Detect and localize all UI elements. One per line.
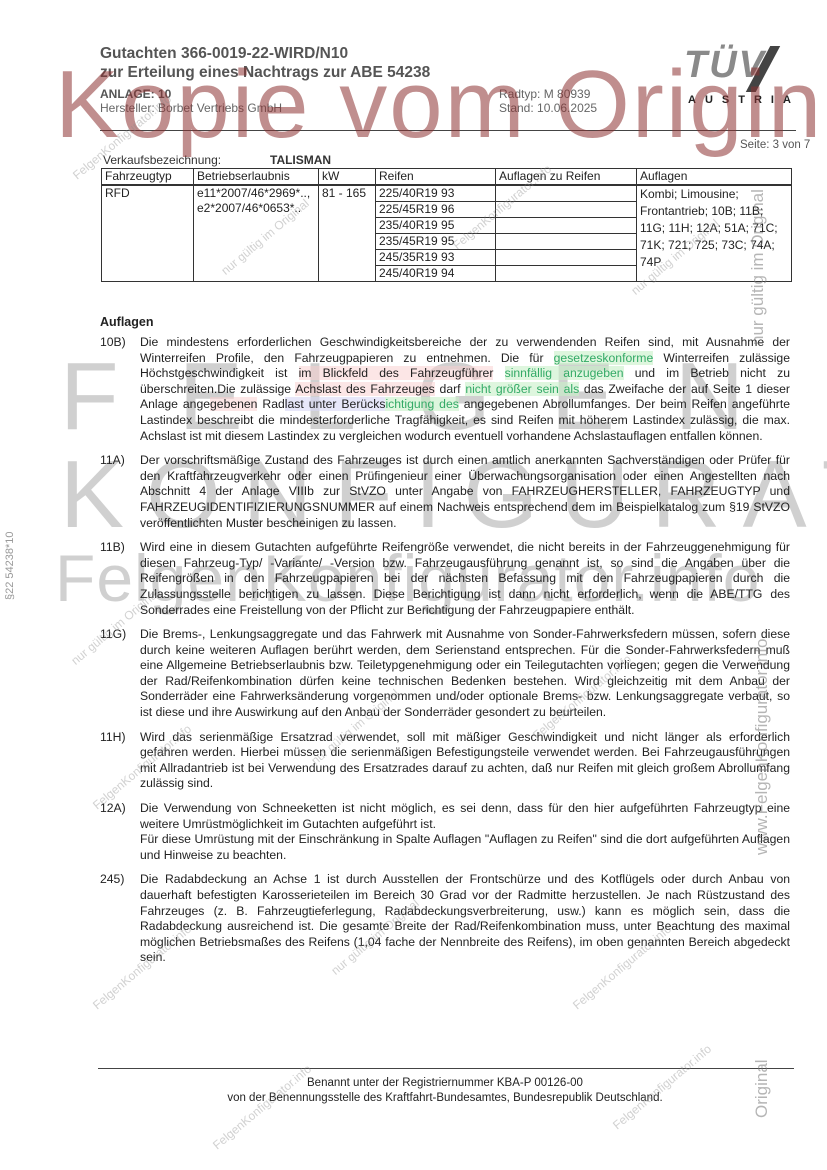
- document-title: Gutachten 366-0019-22-WIRD/N10 zur Ertei…: [100, 44, 430, 82]
- title-line-1: Gutachten 366-0019-22-WIRD/N10: [100, 44, 430, 63]
- note-code: 11A): [100, 453, 140, 531]
- note-code: 12A): [100, 801, 140, 863]
- note-code: 245): [100, 872, 140, 966]
- highlight-green: nicht größer sein als: [465, 382, 579, 396]
- text-run: darf: [435, 382, 466, 396]
- cell-reifen: 245/35R19 93: [376, 250, 496, 266]
- note-text: Wird das serienmäßige Ersatzrad verwende…: [140, 730, 790, 792]
- note-text: Wird eine in diesem Gutachten aufgeführt…: [140, 540, 790, 618]
- note-text: Die Brems-, Lenkungsaggregate und das Fa…: [140, 627, 790, 721]
- cell-reifen: 225/40R19 93: [376, 185, 496, 202]
- betriebserlaubnis-line: e2*2007/46*0653*..: [197, 201, 315, 216]
- highlight-green: gesetzeskonforme: [554, 351, 654, 365]
- manufacturer: Hersteller: Borbet Vertriebs GmbH: [100, 101, 282, 115]
- footer-line-2: von der Benennungsstelle des Kraftfahrt-…: [100, 1091, 790, 1106]
- note-11b: 11B) Wird eine in diesem Gutachten aufge…: [100, 540, 790, 618]
- cell-fahrzeugtyp: RFD: [102, 185, 194, 282]
- text-run: [493, 366, 504, 380]
- cell-auflagen-zu-reifen: [496, 250, 637, 266]
- tuv-austria-logo: TÜV AUSTRIA: [680, 44, 790, 116]
- highlight-green: sinnfällig anzugeben: [505, 366, 624, 380]
- cell-reifen: 235/40R19 95: [376, 218, 496, 234]
- note-245: 245) Die Radabdeckung an Achse 1 ist dur…: [100, 872, 790, 966]
- cell-reifen: 235/45R19 95: [376, 234, 496, 250]
- cell-auflagen-zu-reifen: [496, 218, 637, 234]
- note-text: Die Verwendung von Schneeketten ist nich…: [140, 801, 790, 863]
- cell-reifen: 225/45R19 96: [376, 202, 496, 218]
- cell-auflagen-zu-reifen: [496, 266, 637, 282]
- revision-date: Stand: 10.06.2025: [499, 101, 597, 115]
- sales-name-label: Verkaufsbezeichnung:: [103, 153, 221, 167]
- section-title: Auflagen: [100, 315, 153, 329]
- side-reference: §22 54238*10: [4, 531, 16, 600]
- header-reifen: Reifen: [376, 169, 496, 186]
- cell-auflagen-zu-reifen: [496, 234, 637, 250]
- notes-list: 10B) Die mindestens erforderlichen Gesch…: [100, 335, 790, 975]
- note-text: Die Radabdeckung an Achse 1 ist durch Au…: [140, 872, 790, 966]
- cell-reifen: 245/40R19 94: [376, 266, 496, 282]
- header-betriebserlaubnis: Betriebserlaubnis: [194, 169, 319, 186]
- header-divider: [100, 130, 796, 131]
- logo-austria-text: AUSTRIA: [688, 94, 800, 106]
- header-kw: kW: [319, 169, 376, 186]
- header-auflagen-zu-reifen: Auflagen zu Reifen: [496, 169, 637, 186]
- note-11g: 11G) Die Brems-, Lenkungsaggregate und d…: [100, 627, 790, 721]
- cell-betriebserlaubnis: e11*2007/46*2969*.., e2*2007/46*0653*..: [194, 185, 319, 282]
- header-auflagen: Auflagen: [637, 169, 792, 186]
- anlage-number: ANLAGE: 10: [100, 87, 171, 101]
- note-code: 10B): [100, 335, 140, 444]
- table-row: RFD e11*2007/46*2969*.., e2*2007/46*0653…: [102, 185, 792, 202]
- cell-auflagen-zu-reifen: [496, 202, 637, 218]
- page-number: Seite: 3 von 7: [740, 139, 810, 151]
- wheel-type: Radtyp: M 80939: [499, 87, 590, 101]
- betriebserlaubnis-line: e11*2007/46*2969*..,: [197, 186, 315, 201]
- highlight-blue: last unter Berücks: [285, 397, 386, 411]
- note-code: 11H): [100, 730, 140, 792]
- cell-auflagen-zu-reifen: [496, 185, 637, 202]
- highlight-red: gebenen: [210, 397, 257, 411]
- sales-name-value: TALISMAN: [270, 153, 331, 167]
- highlight-red: Achslast des Fahrzeuges: [295, 382, 435, 396]
- vehicle-table: Fahrzeugtyp Betriebserlaubnis kW Reifen …: [101, 168, 792, 282]
- footer-line-1: Benannt unter der Registriernummer KBA-P…: [100, 1076, 790, 1091]
- title-line-2: zur Erteilung eines Nachtrags zur ABE 54…: [100, 63, 430, 82]
- note-text: Der vorschriftsmäßige Zustand des Fahrze…: [140, 453, 790, 531]
- note-text: Die mindestens erforderlichen Geschwindi…: [140, 335, 790, 444]
- footer-divider: [98, 1068, 794, 1069]
- footer: Benannt unter der Registriernummer KBA-P…: [100, 1076, 790, 1106]
- text-run: Rad: [257, 397, 284, 411]
- note-11h: 11H) Wird das serienmäßige Ersatzrad ver…: [100, 730, 790, 792]
- cell-kw: 81 - 165: [319, 185, 376, 282]
- header-fahrzeugtyp: Fahrzeugtyp: [102, 169, 194, 186]
- table-header-row: Fahrzeugtyp Betriebserlaubnis kW Reifen …: [102, 169, 792, 186]
- highlight-green: ichtigung des: [385, 397, 458, 411]
- note-10b: 10B) Die mindestens erforderlichen Gesch…: [100, 335, 790, 444]
- note-code: 11G): [100, 627, 140, 721]
- note-paragraph: Die Verwendung von Schneeketten ist nich…: [140, 801, 790, 832]
- note-12a: 12A) Die Verwendung von Schneeketten ist…: [100, 801, 790, 863]
- note-code: 11B): [100, 540, 140, 618]
- note-11a: 11A) Der vorschriftsmäßige Zustand des F…: [100, 453, 790, 531]
- note-paragraph: Für diese Umrüstung mit der Einschränkun…: [140, 832, 790, 863]
- cell-auflagen: Kombi; Limousine; Frontantrieb; 10B; 11B…: [637, 185, 792, 282]
- highlight-red: im Blickfeld des Fahrzeugführer: [299, 366, 494, 380]
